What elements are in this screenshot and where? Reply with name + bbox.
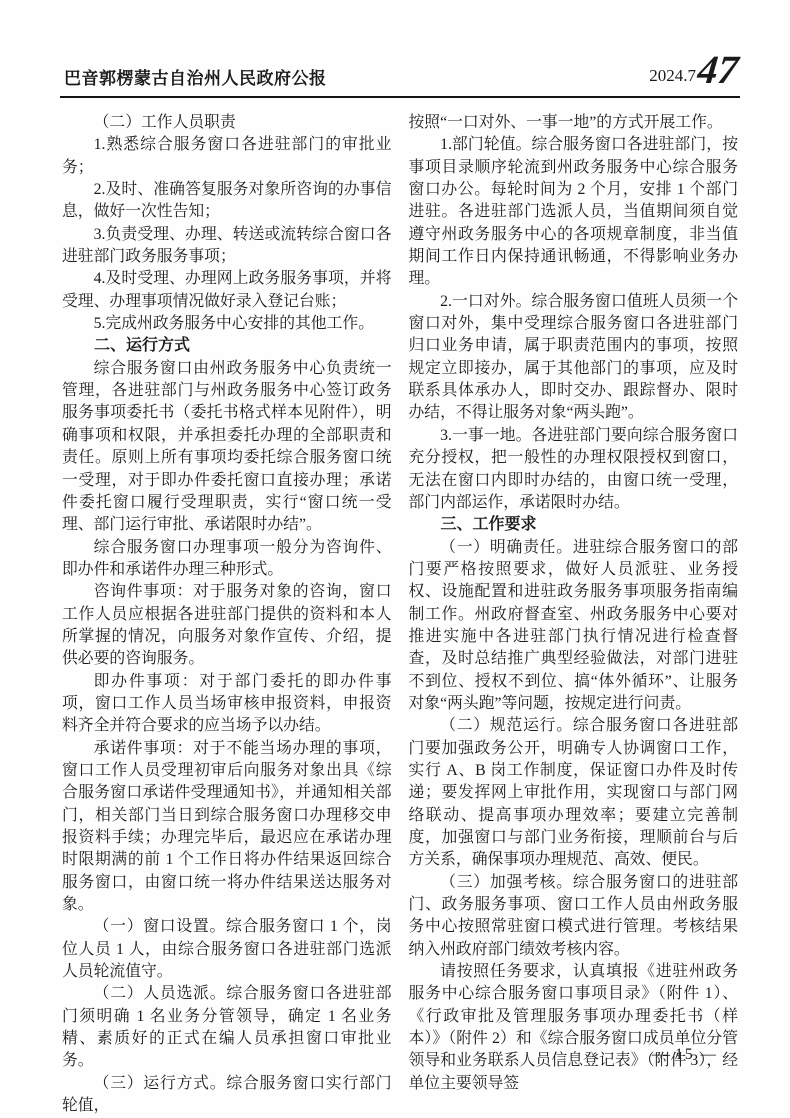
paragraph: （一）窗口设置。综合服务窗口 1 个，岗位人员 1 人，由综合服务窗口各进驻部门… bbox=[62, 916, 392, 983]
gazette-title: 巴音郭楞蒙古自治州人民政府公报 bbox=[64, 64, 327, 89]
paragraph: 承诺件事项：对于不能当场办理的事项，窗口工作人员受理初审后向服务对象出具《综合服… bbox=[62, 738, 392, 917]
article-body: （二）工作人员职责1.熟悉综合服务窗口各进驻部门的审批业务；2.及时、准确答复服… bbox=[62, 112, 738, 1117]
paragraph: 按照“一口对外、一事一地”的方式开展工作。 bbox=[409, 112, 739, 134]
gazette-page: 巴音郭楞蒙古自治州人民政府公报 2024.7 47 （二）工作人员职责1.熟悉综… bbox=[0, 0, 790, 1118]
paragraph: （二）规范运行。综合服务窗口各进驻部门要加强政务公开，明确专人协调窗口工作，实行… bbox=[409, 715, 739, 871]
paragraph: （三）运行方式。综合服务窗口实行部门轮值， bbox=[62, 1073, 392, 1118]
paragraph: 请按照任务要求，认真填报《进驻州政务服务中心综合服务窗口事项目录》（附件 1）、… bbox=[409, 961, 739, 1095]
paragraph: 1.部门轮值。综合服务窗口各进驻部门，按事项目录顺序轮流到州政务服务中心综合服务… bbox=[409, 134, 739, 290]
paragraph: 3.一事一地。各进驻部门要向综合服务窗口充分授权，把一般性的办理权限授权到窗口，… bbox=[409, 425, 739, 514]
paragraph: 即办件事项：对于部门委托的即办件事项，窗口工作人员当场审核申报资料，申报资料齐全… bbox=[62, 671, 392, 738]
section-heading: 二、运行方式 bbox=[62, 335, 392, 357]
paragraph: 2.及时、准确答复服务对象所咨询的办事信息，做好一次性告知； bbox=[62, 179, 392, 224]
paragraph: （二）工作人员职责 bbox=[62, 112, 392, 134]
paragraph: 3.负责受理、办理、转送或流转综合窗口各进驻部门政务服务事项； bbox=[62, 224, 392, 269]
left-column: （二）工作人员职责1.熟悉综合服务窗口各进驻部门的审批业务；2.及时、准确答复服… bbox=[62, 112, 392, 1117]
issue-date: 2024.7 bbox=[649, 66, 696, 86]
paragraph: 1.熟悉综合服务窗口各进驻部门的审批业务； bbox=[62, 134, 392, 179]
page-number: — 15 — bbox=[652, 1046, 718, 1064]
issue-number: 47 bbox=[696, 50, 740, 90]
paragraph: （三）加强考核。综合服务窗口的进驻部门、政务服务事项、窗口工作人员由州政务服务中… bbox=[409, 872, 739, 961]
paragraph: 2.一口对外。综合服务窗口值班人员须一个窗口对外，集中受理综合服务窗口各进驻部门… bbox=[409, 291, 739, 425]
paragraph: 5.完成州政务服务中心安排的其他工作。 bbox=[62, 313, 392, 335]
paragraph: 4.及时受理、办理网上政务服务事项，并将受理、办理事项情况做好录入登记台账； bbox=[62, 268, 392, 313]
paragraph: （一）明确责任。进驻综合服务窗口的部门要严格按照要求，做好人员派驻、业务授权、设… bbox=[409, 537, 739, 716]
paragraph: 综合服务窗口由州政务服务中心负责统一管理，各进驻部门与州政务服务中心签订政务服务… bbox=[62, 358, 392, 537]
right-column: 按照“一口对外、一事一地”的方式开展工作。1.部门轮值。综合服务窗口各进驻部门，… bbox=[409, 112, 739, 1117]
paragraph: （二）人员选派。综合服务窗口各进驻部门须明确 1 名业务分管领导，确定 1 名业… bbox=[62, 983, 392, 1072]
paragraph: 综合服务窗口办理事项一般分为咨询件、即办件和承诺件办理三种形式。 bbox=[62, 537, 392, 582]
paragraph: 咨询件事项：对于服务对象的咨询，窗口工作人员应根据各进驻部门提供的资料和本人所掌… bbox=[62, 581, 392, 670]
header-rule bbox=[60, 96, 740, 98]
section-heading: 三、工作要求 bbox=[409, 514, 739, 536]
